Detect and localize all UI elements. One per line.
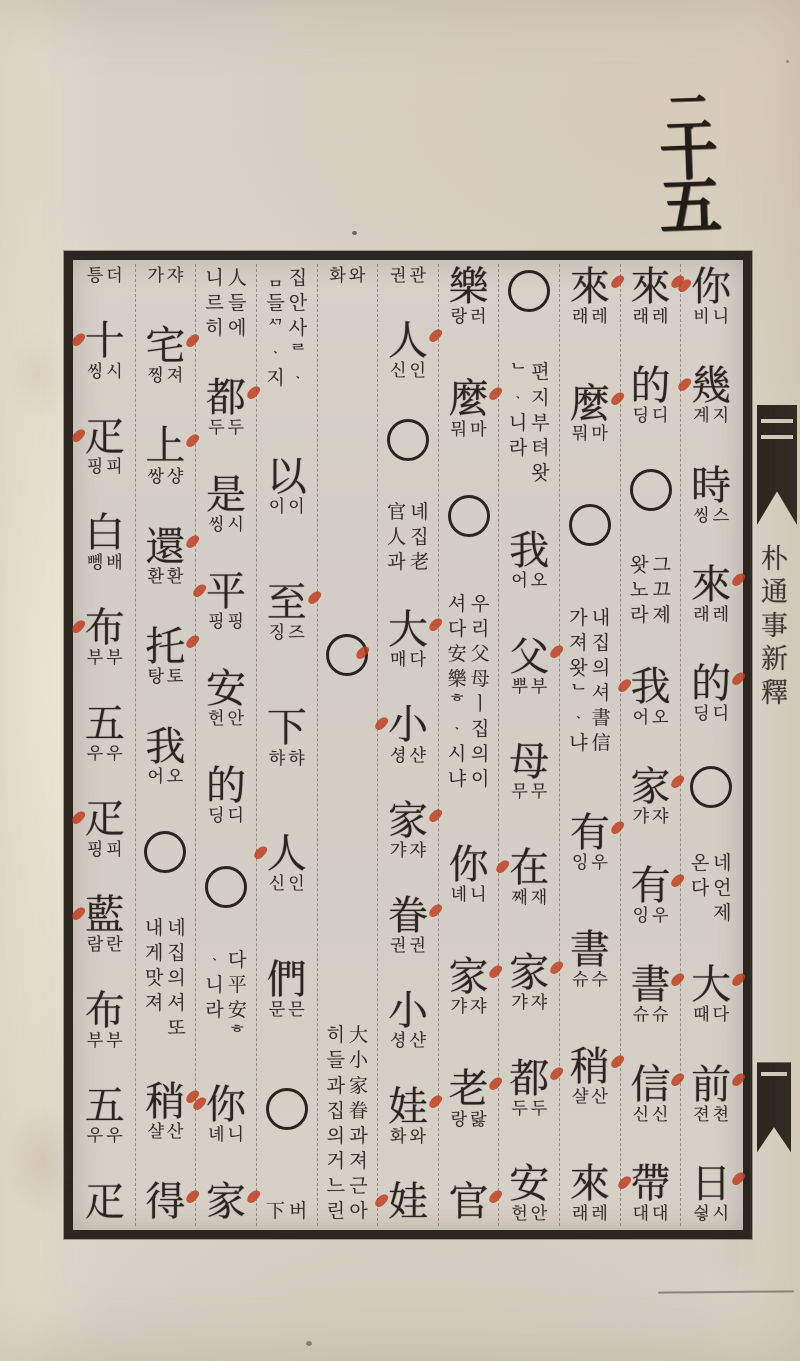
hangul-reading: 갸 — [451, 999, 467, 1017]
hanzi-with-readings: 來래레 — [560, 1163, 620, 1224]
hanzi-char: 大 — [378, 609, 438, 652]
hangul-reading-pair: 샬산 — [560, 1089, 620, 1107]
hangul-reading-pair: 랑랋 — [439, 1112, 499, 1130]
translation-glyph: 다 — [691, 876, 709, 901]
translation-glyph: 텨 — [531, 436, 549, 461]
hangul-reading: 슈 — [652, 1007, 668, 1025]
text-column-6: 권관人신인官人과녜집老大매다小셩샨家갸쟈眷권권小셩샨娃화와娃 — [378, 264, 439, 1226]
hangul-reading: 권 — [390, 268, 406, 286]
translation-glyph: ᆞ — [266, 341, 284, 366]
hangul-reading: 더 — [106, 268, 122, 286]
hanzi-with-readings: 時씽스 — [681, 465, 741, 526]
hanzi-char: 布 — [75, 990, 135, 1033]
hangul-reading: 산 — [167, 1124, 183, 1142]
hangul-reading: 햐 — [269, 751, 285, 769]
hangul-reading: 니 — [470, 887, 486, 905]
translation-glyph: 과 — [387, 550, 405, 575]
translation-glyph: 이 — [471, 767, 489, 792]
hanzi-char: 安 — [499, 1163, 559, 1206]
hanzi-char: 來 — [560, 266, 620, 309]
translation-glyph: 의 — [471, 742, 489, 767]
wrapped-reading-pair: 가쟈 — [136, 266, 196, 286]
translation-subcolumn: 그끄졔 — [653, 553, 671, 628]
hanzi-char: 家 — [378, 800, 438, 843]
hangul-reading: 녜 — [208, 1127, 224, 1145]
hanzi-with-readings: 稍샬산 — [136, 1081, 196, 1142]
hanzi-with-readings: 的딩디 — [621, 365, 681, 426]
translation-glyph: ᆞ — [509, 386, 527, 411]
hangul-reading-pair: 쌍샹 — [136, 469, 196, 487]
hangul-reading: 레 — [652, 309, 668, 327]
hanzi-with-readings: 父뿌부 — [499, 636, 559, 697]
hangul-reading: 우 — [87, 746, 103, 764]
hanzi-char: 稍 — [136, 1081, 196, 1124]
hangul-reading: 무 — [511, 784, 527, 802]
hanzi-char: 時 — [681, 465, 741, 508]
translation-glyph: 시 — [448, 742, 466, 767]
hanzi-char: 疋 — [75, 416, 135, 459]
hangul-reading-pair: 갸쟈 — [499, 995, 559, 1013]
hanzi-char: 樂 — [439, 266, 499, 309]
hanzi-char: 幾 — [681, 365, 741, 408]
hanzi-with-readings: 上쌍샹 — [136, 425, 196, 486]
translation-subcolumn: 人들에 — [228, 266, 247, 341]
hangul-reading: 샨 — [409, 1033, 425, 1051]
ink-speck — [306, 1341, 312, 1346]
translation-subcolumn: 집안사ᄅᆞ — [289, 266, 307, 391]
hangul-reading: 핑 — [87, 842, 103, 860]
translation-glyph: 우 — [471, 592, 489, 617]
hanzi-with-readings: 的딩디 — [196, 765, 256, 826]
hangul-reading-pair: 씽스 — [681, 508, 741, 526]
hanzi-with-readings: 在째재 — [499, 847, 559, 908]
translation-subcolumn: 녜집老 — [410, 500, 429, 575]
text-column-9: 니르히人들에都두두是씽시平핑핑安헌안的딩디ᆞ니라다平安ᄒ你녜니家 — [196, 264, 257, 1226]
hangul-reading-pair: 딩디 — [621, 408, 681, 426]
hangul-reading-pair: 부부 — [75, 650, 135, 668]
hangul-reading: 랑 — [451, 1112, 467, 1130]
fishtail-ornament-bottom — [757, 1062, 791, 1152]
korean-translation: 官人과녜집老 — [378, 500, 438, 575]
hangul-reading: 헌 — [208, 711, 224, 729]
translation-glyph: ᆞ — [205, 948, 223, 973]
hangul-reading: 딩 — [633, 408, 649, 426]
korean-translation: ᆞ니라다平安ᄒ — [196, 948, 256, 1048]
hanzi-char: 母 — [499, 741, 559, 784]
hangul-reading: 산 — [591, 1089, 607, 1107]
hangul-reading: 뼁 — [87, 555, 103, 573]
translation-glyph: 그 — [653, 553, 671, 578]
hanzi-with-readings: 人신인 — [378, 320, 438, 381]
hangul-reading: 신 — [652, 1107, 668, 1125]
translation-glyph: 다 — [448, 617, 466, 642]
translation-glyph: 의 — [327, 1124, 345, 1149]
translation-glyph: 라 — [205, 998, 223, 1023]
hangul-reading-pair: 탕토 — [136, 669, 196, 687]
hangul-reading-pair: 찡져 — [136, 368, 196, 386]
hangul-reading-pair: 헌안 — [196, 711, 256, 729]
hanzi-char: 在 — [499, 847, 559, 890]
hanzi-char: 托 — [136, 626, 196, 669]
translation-glyph: 니 — [205, 266, 223, 291]
hangul-reading-pair: 핑피 — [75, 842, 135, 860]
translation-glyph: 과 — [349, 1124, 367, 1149]
hangul-reading: 슈 — [633, 1007, 649, 1025]
translation-glyph: 졔 — [653, 603, 671, 628]
korean-translation: 히들과집의거느린大小家眷과져근아 — [318, 1023, 378, 1224]
translation-glyph: 老 — [410, 550, 429, 575]
hangul-reading: 래 — [572, 309, 588, 327]
section-circle-separator — [508, 270, 550, 312]
hangul-reading: 우 — [106, 746, 122, 764]
hangul-reading: 권 — [390, 938, 406, 956]
translation-glyph: ᆞ — [448, 717, 466, 742]
hangul-reading-pair: 래레 — [560, 1206, 620, 1224]
hanzi-char: 你 — [196, 1084, 256, 1127]
translation-glyph: 노 — [630, 578, 648, 603]
translation-glyph: 平 — [228, 973, 247, 998]
translation-glyph: 히 — [327, 1023, 345, 1048]
hangul-reading-pair: 녜니 — [439, 887, 499, 905]
hangul-reading: 핑 — [228, 614, 244, 632]
hanzi-char: 的 — [681, 663, 741, 706]
hangul-reading: 가 — [147, 268, 163, 286]
hanzi-char: 來 — [621, 266, 681, 309]
hanzi-with-readings: 安헌안 — [196, 668, 256, 729]
hangul-reading-pair: 때다 — [681, 1007, 741, 1025]
hanzi-with-readings: 眷권권 — [378, 895, 438, 956]
translation-glyph: 집 — [410, 525, 428, 550]
hangul-reading: 다 — [713, 1007, 729, 1025]
translation-glyph: 편 — [531, 360, 549, 385]
hanzi-with-readings: 五우우 — [75, 703, 135, 764]
translation-glyph: 信 — [592, 731, 611, 756]
hanzi-char: 我 — [136, 726, 196, 769]
hangul-reading: 부 — [87, 1033, 103, 1051]
folio-center-margin: 朴通事新釋 — [750, 255, 800, 1240]
hangul-reading: 피 — [106, 459, 122, 477]
text-column-2: 來래레的딩디왓노라그끄졔我어오家갸쟈有잉우書슈슈信신신帶대대 — [621, 264, 682, 1226]
hangul-reading: 니 — [228, 1127, 244, 1145]
hanzi-char: 你 — [681, 266, 741, 309]
hangul-reading: 스 — [713, 508, 729, 526]
hanzi-with-readings: 小셩샨 — [378, 704, 438, 765]
hangul-reading-pair: 어오 — [136, 769, 196, 787]
hangul-reading: 무 — [531, 784, 547, 802]
translation-glyph: 근 — [349, 1174, 367, 1199]
hangul-reading: 안 — [228, 711, 244, 729]
hanzi-with-readings: 家갸쟈 — [621, 766, 681, 827]
hangul-reading: 배 — [106, 555, 122, 573]
hanzi-char: 疋 — [75, 798, 135, 841]
translation-glyph: ᄅ — [289, 341, 307, 366]
translation-glyph: 과 — [327, 1074, 345, 1099]
hangul-reading: 두 — [511, 1101, 527, 1119]
hangul-reading-pair: 우우 — [75, 746, 135, 764]
hanzi-with-readings: 帶대대 — [621, 1163, 681, 1224]
translation-glyph: 아 — [349, 1199, 367, 1224]
text-column-1: 你비니幾계지時씽스來래레的딩디온다네언제大때다前젼쳔日싛시 — [681, 264, 741, 1226]
hangul-reading-pair: 샬산 — [136, 1124, 196, 1142]
translation-glyph: ᄂ — [569, 681, 587, 706]
hanzi-char: 都 — [499, 1058, 559, 1101]
hangul-reading-pair: 대대 — [621, 1206, 681, 1224]
hanzi-with-readings: 前젼쳔 — [681, 1064, 741, 1125]
translation-glyph: 의 — [592, 656, 610, 681]
translation-subcolumn: 왓노라 — [630, 553, 648, 628]
translation-glyph: ᆞ — [569, 706, 587, 731]
hangul-reading: 대 — [652, 1206, 668, 1224]
hanzi-char: 日 — [681, 1163, 741, 1206]
hangul-reading-pair: 싛시 — [681, 1206, 741, 1224]
hanzi-with-readings: 得 — [136, 1181, 196, 1224]
hangul-reading: 신 — [633, 1107, 649, 1125]
korean-translation: 셔다安樂ᄒᆞ시냐우리父母ㅣ집의이 — [439, 592, 499, 793]
hanzi-with-readings: 我어오 — [136, 726, 196, 787]
hanzi-with-readings: 家갸쟈 — [499, 952, 559, 1013]
hanzi-with-readings: 你비니 — [681, 266, 741, 327]
hangul-reading: 문 — [269, 1002, 285, 1020]
translation-subcolumn: 大小家眷과져근아 — [349, 1023, 368, 1224]
translation-glyph: 집 — [471, 717, 489, 742]
hangul-reading: 부 — [87, 650, 103, 668]
translation-glyph: 家 — [349, 1074, 368, 1099]
hanzi-char: 家 — [621, 766, 681, 809]
hangul-reading-pair: 뭐마 — [560, 426, 620, 444]
translation-subcolumn: 네집의셔또 — [167, 916, 185, 1041]
translation-subcolumn: 셔다安樂ᄒᆞ시냐 — [448, 592, 467, 793]
hanzi-with-readings: 來래레 — [560, 266, 620, 327]
translation-glyph: ᆷ — [266, 266, 284, 291]
hangul-reading-pair: 헌안 — [499, 1206, 559, 1224]
translation-glyph: ᆞ — [289, 366, 307, 391]
translation-subcolumn: 온다 — [691, 851, 709, 926]
hangul-reading: 핑 — [87, 459, 103, 477]
translation-glyph: 맛 — [145, 966, 163, 991]
translation-glyph: 집 — [167, 941, 185, 966]
hangul-reading: 수 — [591, 972, 607, 990]
margin-title: 朴通事新釋 — [761, 543, 800, 710]
hangul-reading-pair: 셩샨 — [378, 1033, 438, 1051]
translation-glyph: ㅣ — [471, 692, 489, 717]
hangul-reading: 디 — [713, 706, 729, 724]
hangul-reading: 래 — [572, 1206, 588, 1224]
hanzi-with-readings: 幾계지 — [681, 365, 741, 426]
translation-glyph: 사 — [289, 316, 307, 341]
translation-glyph: ᄒ — [448, 692, 466, 717]
hangul-reading: 녜 — [451, 887, 467, 905]
hangul-reading: 어 — [511, 573, 527, 591]
hanzi-char: 麼 — [560, 383, 620, 426]
hangul-reading: 샬 — [572, 1089, 588, 1107]
hangul-reading: 인 — [409, 363, 425, 381]
translation-glyph: 거 — [327, 1149, 345, 1174]
translation-glyph: ᄒ — [228, 1023, 246, 1048]
hangul-reading: 디 — [228, 808, 244, 826]
hangul-reading-pair: 어오 — [621, 710, 681, 728]
hangul-reading: 즈 — [288, 625, 304, 643]
translation-glyph: 부 — [531, 411, 549, 436]
hangul-reading: 와 — [349, 268, 365, 286]
translation-subcolumn: 니르히 — [205, 266, 223, 341]
hanzi-with-readings: 日싛시 — [681, 1163, 741, 1224]
hanzi-with-readings: 是씽시 — [196, 474, 256, 535]
hangul-reading: 오 — [652, 710, 668, 728]
hangul-reading-pair: 두두 — [499, 1101, 559, 1119]
translation-glyph: 라 — [630, 603, 648, 628]
hangul-reading: 뿌 — [511, 679, 527, 697]
translation-glyph: 네 — [713, 851, 731, 876]
hanzi-char: 書 — [560, 929, 620, 972]
hanzi-char: 白 — [75, 512, 135, 555]
hangul-reading-pair: 비니 — [681, 309, 741, 327]
hangul-reading: 인 — [288, 876, 304, 894]
translation-glyph: 집 — [289, 266, 307, 291]
hangul-reading-pair: 계지 — [681, 408, 741, 426]
section-circle-separator — [266, 1088, 308, 1130]
hangul-reading: 씽 — [693, 508, 709, 526]
hanzi-with-readings: 疋핑피 — [75, 416, 135, 477]
hangul-reading: 쟈 — [409, 843, 425, 861]
hangul-reading-pair: 신인 — [378, 363, 438, 381]
hangul-reading: 관 — [409, 268, 425, 286]
section-circle-separator — [326, 634, 368, 676]
hanzi-with-readings: 都두두 — [499, 1058, 559, 1119]
hangul-reading-pair: 람란 — [75, 937, 135, 955]
hanzi-with-readings: 藍람란 — [75, 894, 135, 955]
hangul-reading: 매 — [390, 652, 406, 670]
hangul-reading: 다 — [409, 652, 425, 670]
translation-glyph: 眷 — [349, 1099, 368, 1124]
hanzi-char: 有 — [621, 865, 681, 908]
hangul-reading-pair: 햐햐 — [257, 751, 317, 769]
hanzi-with-readings: 書슈슈 — [621, 964, 681, 1025]
hangul-reading-pair: 씽시 — [196, 517, 256, 535]
hanzi-with-readings: 有잉우 — [621, 865, 681, 926]
translation-glyph: 들 — [266, 291, 284, 316]
korean-translation: 내게맛져네집의셔또 — [136, 916, 196, 1041]
hangul-reading: 권 — [409, 938, 425, 956]
hangul-reading-pair: 갸쟈 — [439, 999, 499, 1017]
hangul-reading: 이 — [288, 499, 304, 517]
hanzi-char: 疋 — [75, 1181, 135, 1224]
hangul-reading: 우 — [652, 908, 668, 926]
translation-glyph: 니 — [205, 973, 223, 998]
hanzi-with-readings: 書슈수 — [560, 929, 620, 990]
translation-glyph: 르 — [205, 291, 223, 316]
translation-glyph: 왓 — [630, 553, 648, 578]
hangul-reading: 오 — [167, 769, 183, 787]
translation-glyph: 셔 — [448, 592, 466, 617]
korean-translation: ᆷ들ᄭᆞ지집안사ᄅᆞ — [257, 266, 317, 391]
hanzi-char: 官 — [439, 1181, 499, 1224]
translation-glyph: 져 — [349, 1149, 367, 1174]
hangul-reading: 시 — [713, 1206, 729, 1224]
translation-glyph: ᄭ — [266, 316, 284, 341]
hangul-reading: 니 — [713, 309, 729, 327]
translation-glyph: 人 — [228, 266, 247, 291]
hanzi-char: 父 — [499, 636, 559, 679]
translation-glyph: 지 — [531, 386, 549, 411]
hanzi-with-readings: 老랑랋 — [439, 1068, 499, 1129]
translation-subcolumn: 내게맛져 — [145, 916, 163, 1041]
hanzi-with-readings: 我어오 — [621, 666, 681, 727]
hanzi-char: 大 — [681, 964, 741, 1007]
hangul-reading: 햐 — [288, 751, 304, 769]
translation-glyph: 언 — [713, 876, 731, 901]
hanzi-char: 我 — [499, 530, 559, 573]
hangul-reading: 찡 — [147, 368, 163, 386]
hangul-reading: 째 — [511, 890, 527, 908]
translation-subcolumn: 官人과 — [387, 500, 406, 575]
translation-glyph: 네 — [167, 916, 185, 941]
korean-translation: 가져왓ᄂᆞ냐내집의셔書信 — [560, 606, 620, 756]
translation-glyph: 지 — [266, 366, 284, 391]
translation-glyph: 安 — [448, 642, 467, 667]
hangul-reading-pair: 잉우 — [560, 855, 620, 873]
hanzi-with-readings: 官 — [439, 1181, 499, 1224]
hangul-reading-pair: 래레 — [681, 607, 741, 625]
translation-glyph: 냐 — [448, 767, 466, 792]
hangul-reading-pair: 어오 — [499, 573, 559, 591]
hanzi-with-readings: 樂랑러 — [439, 266, 499, 327]
translation-glyph: 에 — [228, 316, 246, 341]
hanzi-char: 五 — [75, 1085, 135, 1128]
hangul-reading: 신 — [390, 363, 406, 381]
hangul-reading: 져 — [167, 368, 183, 386]
translation-subcolumn: ᄂᆞ니라 — [509, 360, 527, 485]
translation-glyph: 樂 — [448, 667, 467, 692]
text-column-4: ᄂᆞ니라편지부텨왓我어오父뿌부母무무在째재家갸쟈都두두安헌안 — [499, 264, 560, 1226]
text-column-10: 가쟈宅찡져上쌍샹還환환托탕토我어오내게맛져네집의셔또稍샬산得 — [136, 264, 197, 1226]
hanzi-char: 眷 — [378, 895, 438, 938]
hanzi-char: 下 — [257, 707, 317, 750]
hangul-reading: 계 — [693, 408, 709, 426]
hanzi-char: 信 — [621, 1064, 681, 1107]
hanzi-char: 小 — [378, 990, 438, 1033]
translation-glyph: 져 — [145, 991, 163, 1016]
hanzi-with-readings: 你녜니 — [439, 844, 499, 905]
translation-subcolumn: 가져왓ᄂᆞ냐 — [569, 606, 587, 756]
hangul-reading-pair: 신인 — [257, 876, 317, 894]
translation-glyph: 셔 — [167, 991, 185, 1016]
hangul-reading-pair: 두두 — [196, 420, 256, 438]
translation-subcolumn: 다平安ᄒ — [228, 948, 247, 1048]
hangul-reading: 마 — [591, 426, 607, 444]
hangul-reading-pair: 뼁배 — [75, 555, 135, 573]
hanzi-with-readings: 十씽시 — [75, 320, 135, 381]
hangul-reading: 화 — [329, 268, 345, 286]
hangul-reading: 우 — [106, 1128, 122, 1146]
hanzi-char: 以 — [257, 456, 317, 499]
hangul-reading: 징 — [269, 625, 285, 643]
hanzi-with-readings: 母무무 — [499, 741, 559, 802]
red-tone-mark — [355, 643, 371, 660]
hangul-reading: 레 — [591, 1206, 607, 1224]
hangul-reading: 젼 — [693, 1107, 709, 1125]
hangul-reading: 씽 — [208, 517, 224, 535]
translation-glyph: 왓 — [569, 656, 587, 681]
section-circle-separator — [448, 495, 490, 537]
hanzi-with-readings: 來래레 — [621, 266, 681, 327]
hanzi-char: 十 — [75, 320, 135, 363]
hangul-reading: 부 — [106, 1033, 122, 1051]
hangul-reading: 딩 — [693, 706, 709, 724]
hanzi-with-readings: 娃 — [378, 1181, 438, 1224]
hanzi-with-readings: 安헌안 — [499, 1163, 559, 1224]
hanzi-char: 的 — [196, 765, 256, 808]
hanzi-char: 家 — [196, 1181, 256, 1224]
